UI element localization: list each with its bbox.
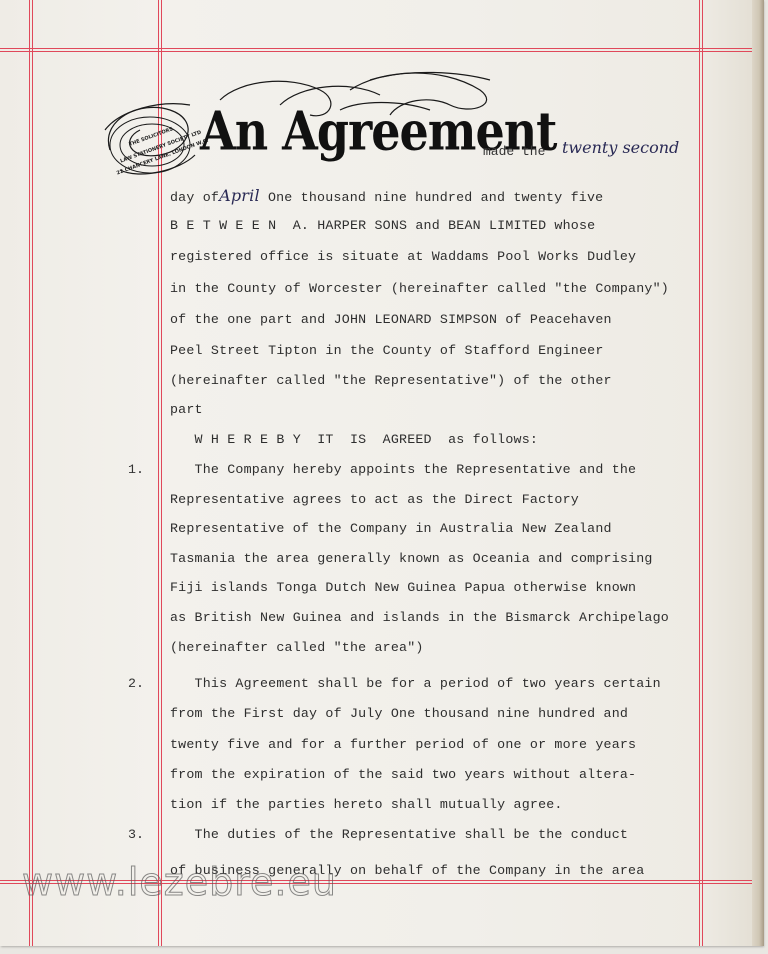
clause-2-line: twenty five and for a further period of … [170, 737, 636, 752]
clause-1-number: 1. [128, 462, 144, 477]
clause-1-line: (hereinafter called "the area") [170, 640, 424, 655]
clause-1-line: Fiji islands Tonga Dutch New Guinea Papu… [170, 580, 636, 595]
clause-1-line: Representative agrees to act as the Dire… [170, 492, 579, 507]
clause-2-number: 2. [128, 676, 144, 691]
year-text: One thousand nine hundred and twenty fiv… [260, 190, 604, 205]
clause-1-line: Representative of the Company in Austral… [170, 521, 612, 536]
whereby-line: W H E R E B Y IT IS AGREED as follows: [170, 432, 538, 447]
top-rule [0, 48, 752, 52]
clause-2-line: from the expiration of the said two year… [170, 767, 636, 782]
page-edge [752, 0, 764, 946]
preamble-line-6: (hereinafter called "the Representative"… [170, 373, 612, 388]
watermark: www.lezebre.eu [22, 860, 337, 904]
preamble-line-7: part [170, 402, 203, 417]
clause-1-line: The Company hereby appoints the Represen… [170, 462, 636, 477]
made-the-text: made the [483, 144, 545, 159]
document-page: THE SOLICITORS LAW STATIONERY SOCIETY LT… [0, 0, 763, 946]
clause-2-line: tion if the parties hereto shall mutuall… [170, 797, 563, 812]
handwritten-date: twenty second [562, 138, 679, 157]
clause-1-line: as British New Guinea and islands in the… [170, 610, 669, 625]
preamble-line-2: registered office is situate at Waddams … [170, 249, 636, 264]
clause-3-line: The duties of the Representative shall b… [170, 827, 628, 842]
clause-3-number: 3. [128, 827, 144, 842]
preamble-line-3: in the County of Worcester (hereinafter … [170, 281, 669, 296]
preamble-line-1: B E T W E E N A. HARPER SONS and BEAN LI… [170, 218, 595, 233]
clause-2-line: from the First day of July One thousand … [170, 706, 628, 721]
clause-2-line: This Agreement shall be for a period of … [170, 676, 661, 691]
clause-1-line: Tasmania the area generally known as Oce… [170, 551, 653, 566]
day-of-text: day of [170, 190, 219, 205]
preamble-line-4: of the one part and JOHN LEONARD SIMPSON… [170, 312, 612, 327]
handwritten-month: April [219, 186, 260, 205]
left-margin-rule [29, 0, 33, 946]
preamble-line-5: Peel Street Tipton in the County of Staf… [170, 343, 604, 358]
agreement-header: THE SOLICITORS LAW STATIONERY SOCIETY LT… [100, 70, 720, 180]
preamble-line-0: day ofApril One thousand nine hundred an… [170, 186, 603, 205]
